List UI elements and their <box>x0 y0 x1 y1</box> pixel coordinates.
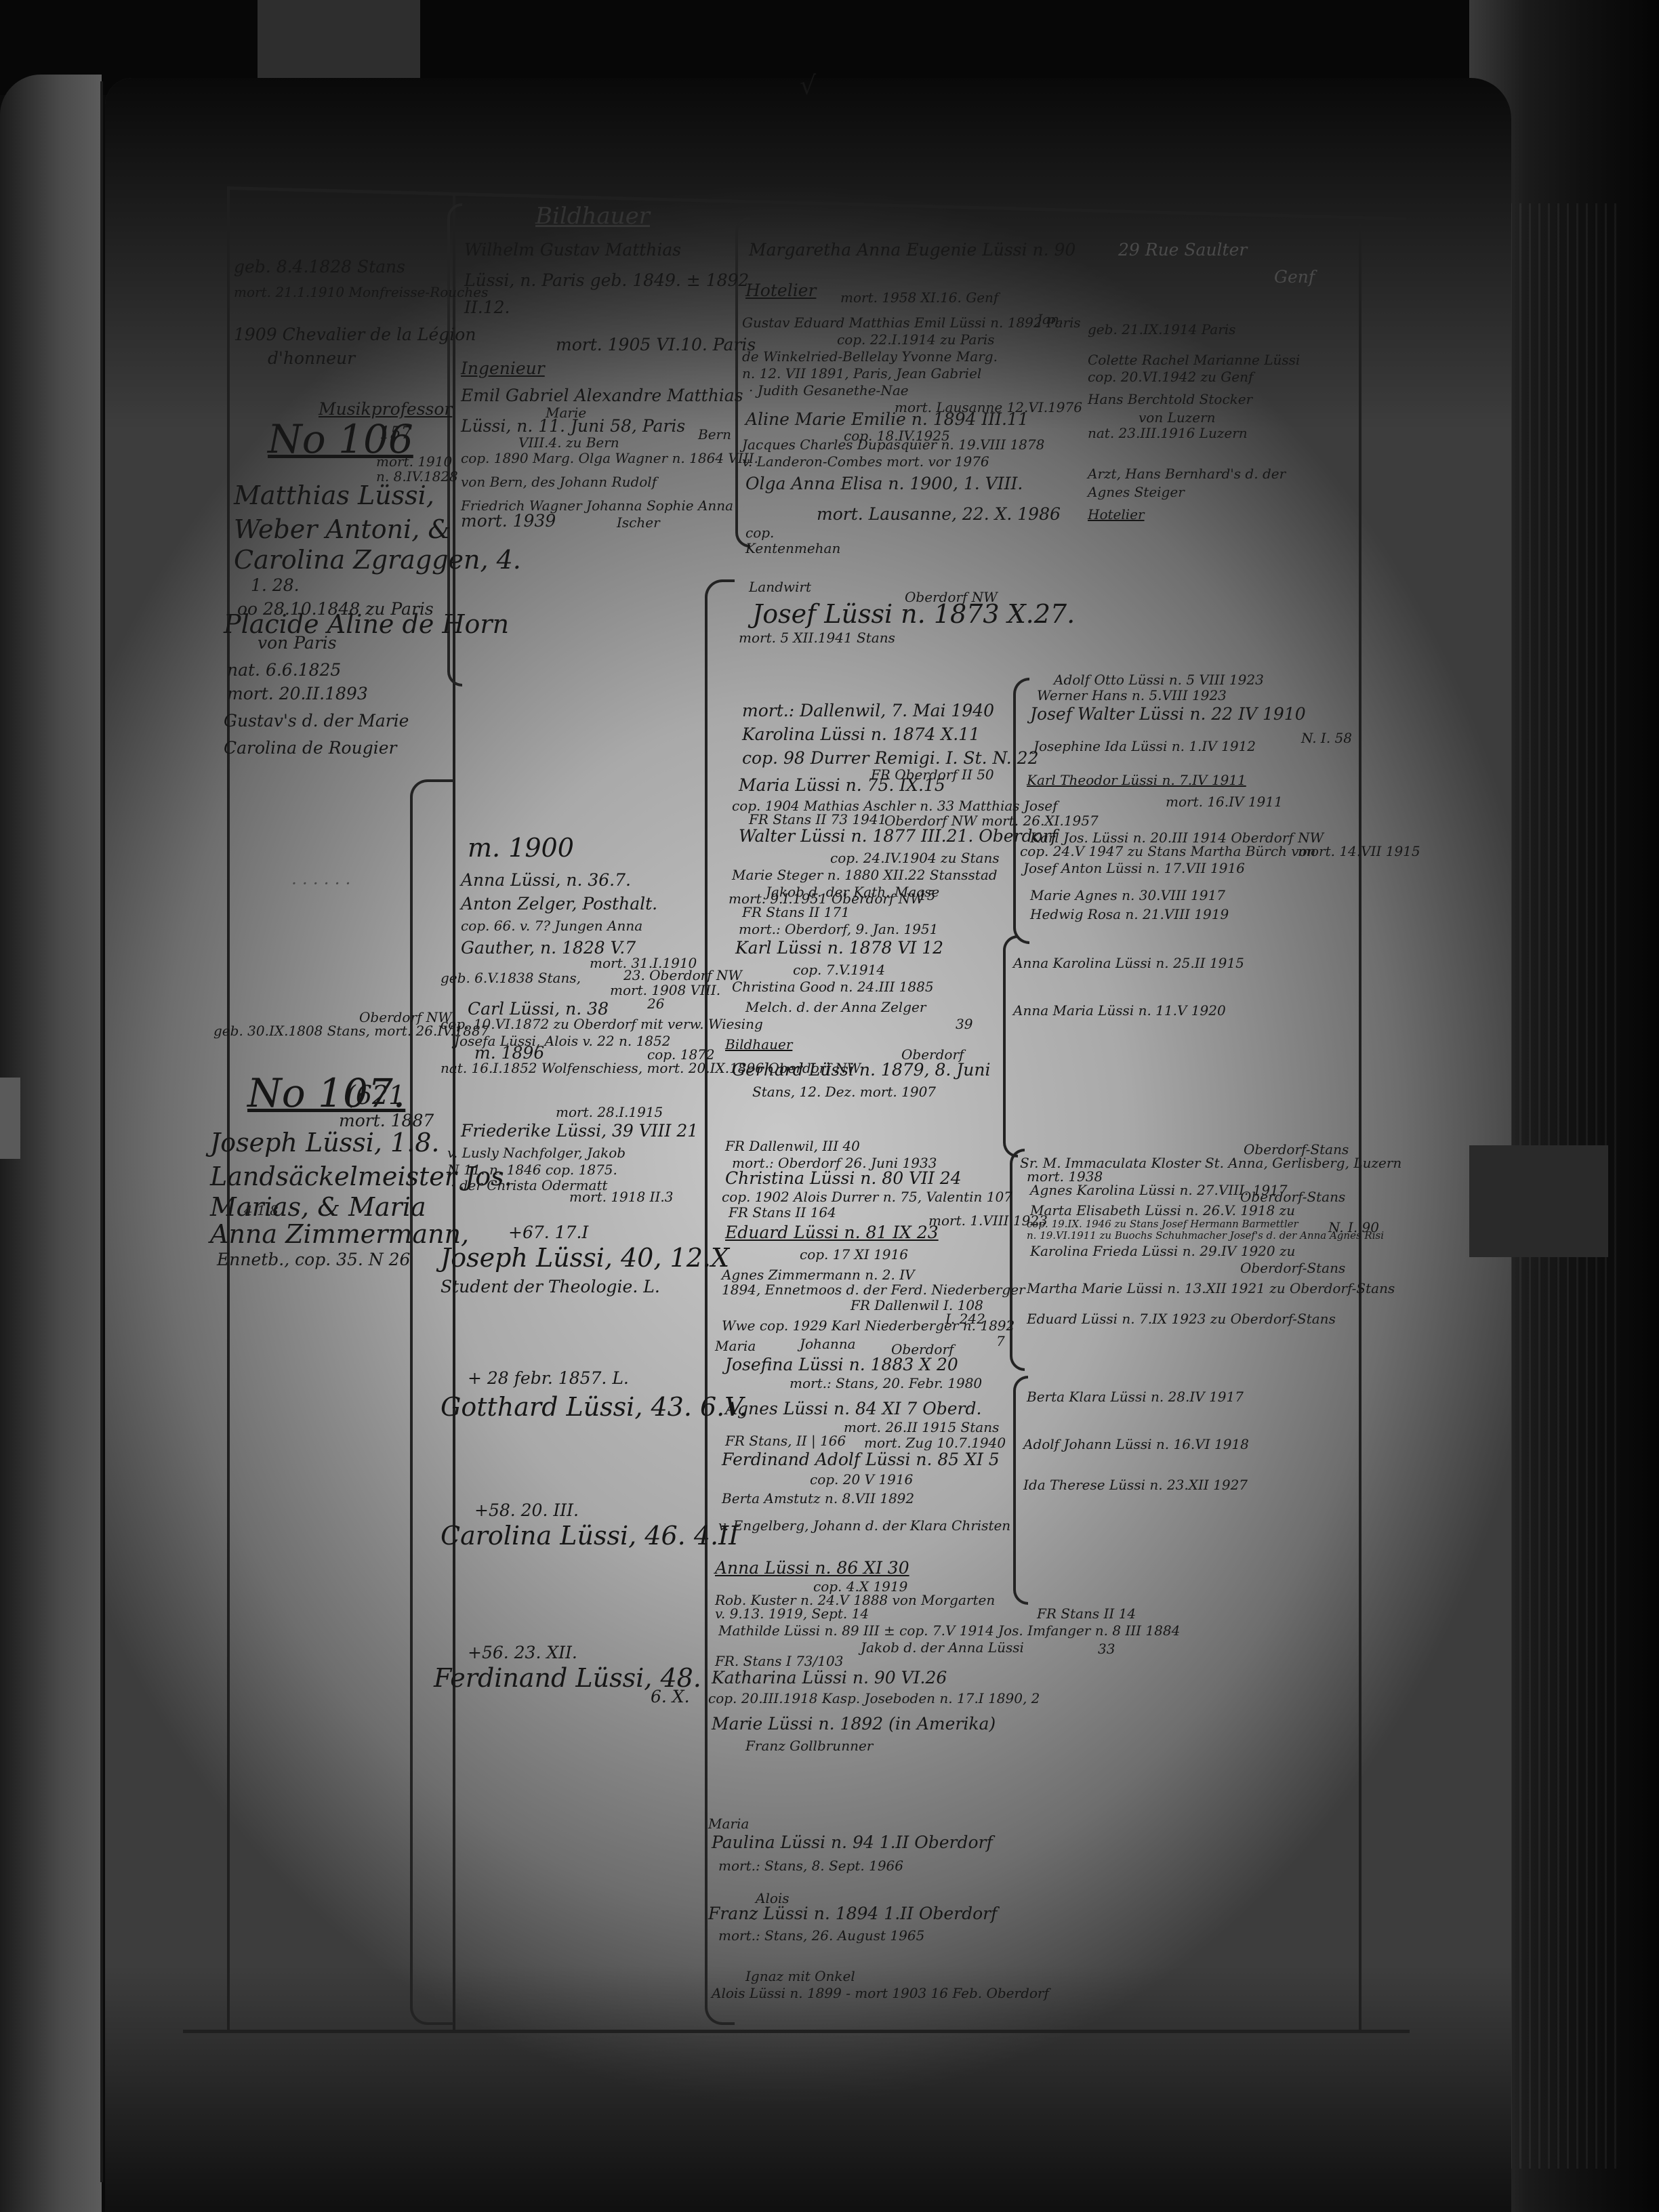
profession-label: Landwirt <box>749 579 811 595</box>
spouse-line: Franz Gollbrunner <box>745 1738 873 1754</box>
parents-line-2: Anna Zimmermann, <box>210 1220 469 1250</box>
marriage-line: cop. 20 V 1916 <box>810 1472 913 1488</box>
line-4: n. 12. VII 1891, Paris, Jean Gabriel <box>742 366 981 382</box>
death-line: mort. 1958 XI.16. Genf <box>840 290 998 306</box>
line-9: v. Landeron-Combes mort. vor 1976 <box>742 454 989 470</box>
death-line: + 28 febr. 1857. L. <box>468 1369 629 1389</box>
child-8: Hedwig Rosa n. 21.VIII 1919 <box>1030 907 1229 922</box>
child-3-sub: cop. 19.IX. 1946 zu Stans Josef Hermann … <box>1027 1218 1298 1230</box>
child-5-note: mort. 14.VII 1915 <box>1298 844 1420 859</box>
header-date: m. 1900 <box>468 834 574 863</box>
marriage-line: cop. 20.VI.1942 zu Genf <box>1088 369 1253 385</box>
marriage-line: cop. 20.III.1918 Kasp. Joseboden n. 17.I… <box>708 1691 1040 1706</box>
person-name: Gotthard Lüssi, 43. 6.V. <box>441 1393 747 1422</box>
death-note: mort. 1910 <box>376 454 452 470</box>
death-line: +56. 23. XII. <box>468 1643 577 1663</box>
spouse-parents-2: Carolina de Rougier <box>224 739 396 758</box>
superscript: Ignaz mit Onkel <box>745 1969 855 1984</box>
spouse-line: Agnes Zimmermann n. 2. IV <box>722 1267 915 1283</box>
superscript: 33 <box>1098 1641 1115 1657</box>
entry-number-alt: (621 <box>346 1081 405 1111</box>
note-line: Student der Theologie. L. <box>441 1277 660 1297</box>
date-line: 6. X. <box>651 1687 690 1707</box>
fr-reference: FR Stans II 171 <box>742 905 850 920</box>
person-name: Christina Lüssi n. 80 VII 24 <box>725 1169 962 1189</box>
line-6: cop. 10.VI.1872 zu Oberdorf mit verw. Wi… <box>441 1017 763 1032</box>
parents-line: v. Engelberg, Johann d. der Klara Christ… <box>718 1518 1010 1534</box>
child-1: Anna Karolina Lüssi n. 25.II 1915 <box>1013 956 1244 971</box>
child-1: Adolf Otto Lüssi n. 5 VIII 1923 <box>1054 672 1264 688</box>
marriage-line: cop. 1890 Marg. Olga Wagner n. 1864 VIII… <box>461 451 758 466</box>
death-line: +67. 17.I <box>508 1223 588 1243</box>
child-4: Karl Theodor Lüssi n. 7.IV 1911 <box>1027 773 1246 788</box>
parents-line: Arzt, Hans Bernhard's d. der <box>1088 466 1286 482</box>
marriage-ref: Ennetb., cop. 35. N 26 <box>217 1250 410 1270</box>
note-line: v. 9.13. 1919, Sept. 14 <box>715 1606 869 1622</box>
person-name: Maria Lüssi n. 75. IX.15 <box>739 776 945 796</box>
child-2: Anna Maria Lüssi n. 11.V 1920 <box>1013 1003 1226 1019</box>
birth-line: Lüssi, n. 11. Juni 58, Paris <box>461 417 685 436</box>
superscript-2: 7 <box>996 1334 1005 1349</box>
person-name: Matthias Lüssi, <box>234 481 434 511</box>
superscript: 4.1.8 <box>244 1203 279 1218</box>
profession-label: Ingenieur <box>461 359 545 379</box>
child-4-place: Oberdorf-Stans <box>1240 1261 1345 1276</box>
superscript: 15 <box>918 888 935 903</box>
child-1-sub: Werner Hans n. 5.VIII 1923 <box>1037 688 1227 703</box>
person-name: Joseph Lüssi, 40, 12.X <box>441 1244 729 1273</box>
right-paper-tab <box>1469 1145 1608 1257</box>
child-2: Josef Walter Lüssi n. 22 IV 1910 <box>1030 705 1306 724</box>
death-line: mort. 5 XII.1941 Stans <box>739 630 895 646</box>
birth-line: geb. 8.4.1828 Stans <box>234 258 405 277</box>
line-12: cop. <box>745 525 774 541</box>
frame-left-rule <box>227 186 230 2033</box>
birth-line: Lüssi, n. Paris geb. 1849. ± 1892 <box>464 271 749 291</box>
page-check-mark: √ <box>800 71 816 101</box>
line-6: Aline Marie Emilie n. 1894 III.11 <box>745 410 1029 430</box>
line-2: cop. 22.I.1914 zu Paris <box>837 332 995 348</box>
spouse-parents: Gustav's d. der Marie <box>224 712 409 731</box>
person-name: Eduard Lüssi n. 81 IX 23 <box>725 1223 939 1243</box>
marriage-line: cop. 7.V.1914 <box>793 962 885 978</box>
child-3: Josephine Ida Lüssi n. 1.IV 1912 <box>1033 739 1256 754</box>
spouse-origin: von Luzern <box>1139 410 1216 426</box>
death-line: mort.: Stans, 26. August 1965 <box>718 1928 924 1944</box>
profession-label: Bildhauer <box>725 1037 792 1052</box>
spouse-line: Marie Steger n. 1880 XII.22 Stansstad <box>732 867 998 883</box>
person-name: Walter Lüssi n. 1877 III.21. Oberdorf <box>739 827 1057 846</box>
line-2: Anton Zelger, Posthalt. <box>461 895 657 914</box>
line-8: Jacques Charles Dupasquier n. 19.VIII 18… <box>742 437 1044 453</box>
parents-line: Melch. d. der Anna Zelger <box>745 1000 926 1015</box>
parents-line-2: Carolina Zgraggen, 4. <box>234 546 521 575</box>
death-line: mort. 1905 VI.10. Paris <box>556 335 756 355</box>
faint-place: Genf <box>1274 268 1315 287</box>
child-6: Eduard Lüssi n. 7.IX 1923 zu Oberdorf-St… <box>1027 1311 1336 1327</box>
parents-line: von Bern, des Johann Rudolf <box>461 474 657 490</box>
person-name: Wilhelm Gustav Matthias <box>464 241 681 260</box>
line-3: N 11. n. 1846 cop. 1875. <box>447 1162 617 1178</box>
parents-line: Marias, & Maria <box>210 1193 426 1223</box>
death-b: mort. 1908 VIII. <box>610 983 720 998</box>
person-name: Marie Lüssi n. 1892 (in Amerika) <box>712 1715 996 1734</box>
spouse-name: Hans Berchtold Stocker <box>1088 392 1252 407</box>
marriage-note: VIII.4. zu Bern <box>518 435 619 451</box>
parents-line: Weber Antoni, & <box>234 515 451 545</box>
person-name: Anna Lüssi n. 86 XI 30 <box>715 1559 909 1578</box>
remarriage-line: Wwe cop. 1929 Karl Niederberger n. 1892 <box>722 1318 1015 1334</box>
parents-line: Jakob d. der Anna Lüssi <box>861 1640 1024 1656</box>
fr-reference: FR Dallenwil, III 40 <box>725 1139 860 1154</box>
previous-page-ruling <box>100 81 103 2182</box>
column-divider-4 <box>1359 224 1361 2033</box>
honor-line: 1909 Chevalier de la Légion <box>234 325 476 345</box>
entry-number-alt: 157 <box>380 424 412 443</box>
spouse-line-2: 1894, Ennetmoos d. der Ferd. Niederberge… <box>722 1282 1025 1298</box>
person-name: Friederike Lüssi, 39 VIII 21 <box>461 1122 698 1141</box>
profession-label: Hotelier <box>745 281 816 301</box>
line-3: cop. 66. v. 7? Jungen Anna <box>461 918 642 934</box>
person-name: Alois Lüssi n. 1899 - mort 1903 16 Feb. … <box>712 1986 1049 2001</box>
person-name: Mathilde Lüssi n. 89 III ± cop. 7.V 1914… <box>718 1623 1180 1639</box>
marriage-line: cop. 24.IV.1904 zu Stans <box>830 851 1000 866</box>
parents-line-3: Ischer <box>617 515 660 531</box>
person-name: Karl Lüssi n. 1878 VI 12 <box>735 939 943 958</box>
line-11: mort. Lausanne, 22. X. 1986 <box>817 505 1061 525</box>
prefix: Maria <box>715 1338 756 1354</box>
person-name: Ferdinand Adolf Lüssi n. 85 XI 5 <box>722 1450 1000 1470</box>
death-line: +58. 20. III. <box>474 1501 579 1521</box>
line-10: Olga Anna Elisa n. 1900, 1. VIII. <box>745 474 1023 494</box>
frame-bottom-rule <box>183 2030 1410 2033</box>
child-5-sub: cop. 24.V 1947 zu Stans Martha Bürch von <box>1020 844 1316 859</box>
person-name: Colette Rachel Marianne Lüssi <box>1088 352 1300 368</box>
child-4-death: mort. 16.IV 1911 <box>1166 794 1283 810</box>
child-3: Ida Therese Lüssi n. 23.XII 1927 <box>1023 1477 1248 1493</box>
spouse-line: Christina Good n. 24.III 1885 <box>732 979 934 995</box>
death-line: mort. 26.II 1915 Stans <box>844 1420 999 1435</box>
superscript-name: Johanna <box>800 1336 856 1352</box>
parents-line-3: 1. 28. <box>251 576 300 596</box>
child-2: Adolf Johann Lüssi n. 16.VI 1918 <box>1023 1437 1249 1452</box>
birth-b: geb. 6.V.1838 Stans, <box>441 970 581 986</box>
line-13: Kentenmehan <box>745 541 840 556</box>
death-line: mort.: Stans, 20. Febr. 1980 <box>790 1376 982 1391</box>
death-line: mort.: Oberdorf, 9. Jan. 1951 <box>739 922 938 937</box>
death-line: Stans, 12. Dez. mort. 1907 <box>752 1084 936 1100</box>
line-1: Anna Lüssi, n. 36.7. <box>461 871 631 890</box>
child-7: Marie Agnes n. 30.VIII 1917 <box>1030 888 1225 903</box>
person-name: Margaretha Anna Eugenie Lüssi n. 90 <box>749 241 1076 260</box>
line-3: de Winkelried-Bellelay Yvonne Marg. <box>742 349 998 365</box>
person-name: Josef Lüssi n. 1873 X.27. <box>752 600 1075 630</box>
person-name: Josefina Lüssi n. 1883 X 20 <box>725 1355 958 1375</box>
fr-reference-2: FR Stans II 164 <box>729 1205 836 1221</box>
bracket-col4-3 <box>1010 1149 1025 1371</box>
superscript: 39 <box>956 1017 972 1032</box>
death-line: mort.: Stans, 8. Sept. 1966 <box>718 1858 903 1874</box>
honor-line-2: d'honneur <box>268 349 355 369</box>
prefix: Maria <box>708 1816 749 1832</box>
fr-reference: FR Stans, II | 166 <box>725 1433 846 1449</box>
death-line: mort. 28.I.1915 <box>556 1105 663 1120</box>
sup-b: 26 <box>647 996 664 1012</box>
page-bottom-shadow <box>105 1965 1511 2212</box>
person-name: Joseph Lüssi, 1.8. <box>210 1128 440 1158</box>
faint-marks: · · · · · · <box>291 874 350 894</box>
date-line: II.12. <box>464 298 510 318</box>
parents-line-2: Agnes Steiger <box>1088 485 1185 500</box>
death-line-2: mort. 1939 <box>461 512 556 531</box>
person-name: Karolina Lüssi n. 1874 X.11 <box>742 725 980 745</box>
child-3: Marta Elisabeth Lüssi n. 26.V. 1918 zu <box>1030 1203 1295 1218</box>
fr-reference: FR. Stans I 73/103 <box>715 1654 843 1669</box>
fr-reference: FR Stans II 14 <box>1037 1606 1136 1622</box>
birth-line: geb. 21.IX.1914 Paris <box>1088 322 1235 337</box>
child-4: Karolina Frieda Lüssi n. 29.IV 1920 zu <box>1030 1244 1295 1259</box>
left-marker-tab <box>0 1078 20 1159</box>
spouse-birth: nat. 6.6.1825 <box>227 661 341 680</box>
person-name: Gerhard Lüssi n. 1879, 8. Juni <box>732 1061 990 1080</box>
line-2: v. Lusly Nachfolger, Jakob <box>447 1145 626 1161</box>
spouse-birth: nat. 23.III.1916 Luzern <box>1088 426 1248 441</box>
child-2-place: Oberdorf-Stans <box>1244 1142 1349 1158</box>
bracket-col3-top <box>735 217 750 548</box>
person-name: Franz Lüssi n. 1894 1.II Oberdorf <box>708 1904 997 1924</box>
death-line: mort. 21.1.1910 Monfreisse-Rouches <box>234 285 488 300</box>
spouse-line: Berta Amstutz n. 8.VII 1892 <box>722 1491 914 1507</box>
person-name: Emil Gabriel Alexandre Matthias <box>461 386 743 406</box>
death-line: mort.: Dallenwil, 7. Mai 1940 <box>742 701 994 721</box>
marriage-line: cop. 98 Durrer Remigi. I. St. N. 22 <box>742 749 1038 769</box>
person-name: Agnes Lüssi n. 84 XI 7 Oberd. <box>725 1399 981 1419</box>
person-name: Katharina Lüssi n. 90 VI.26 <box>712 1668 947 1688</box>
place-b: 23. Oberdorf NW <box>623 968 742 983</box>
child-6: Josef Anton Lüssi n. 17.VII 1916 <box>1023 861 1245 876</box>
place-note: Bern <box>698 427 731 443</box>
line-1: Gustav Eduard Matthias Emil Lüssi n. 189… <box>742 315 1081 331</box>
fr-reference: FR Stans II 73 1941 <box>749 812 886 827</box>
marriage-line: cop. 17 XI 1916 <box>800 1247 908 1263</box>
line-5: · Judith Gesanethe-Nae <box>749 383 909 398</box>
bracket-col3-main <box>705 579 735 2025</box>
profession-label: Hotelier <box>1088 507 1145 523</box>
spouse-death: mort. 20.II.1893 <box>227 684 368 704</box>
marriage-line: cop. 1902 Alois Durrer n. 75, Valentin 1… <box>722 1189 1012 1205</box>
spouse-origin: von Paris <box>258 634 337 653</box>
child-5: Martha Marie Lüssi n. 13.XII 1921 zu Obe… <box>1027 1281 1395 1296</box>
death-note: mort. Zug 10.7.1940 <box>864 1435 1006 1451</box>
person-name: Paulina Lüssi n. 94 1.II Oberdorf <box>712 1833 993 1853</box>
register-note: N. I. 58 <box>1301 731 1352 746</box>
child-1: Berta Klara Lüssi n. 28.IV 1917 <box>1027 1389 1244 1405</box>
column-header-bildhauer: Bildhauer <box>535 203 650 230</box>
register-note: N. I. 90 <box>1328 1220 1379 1235</box>
faint-address: 29 Rue Saulter <box>1118 241 1247 260</box>
person-name: Carolina Lüssi, 46. 4.II <box>441 1521 739 1551</box>
line-5: mort. 1918 II.3 <box>569 1189 673 1205</box>
